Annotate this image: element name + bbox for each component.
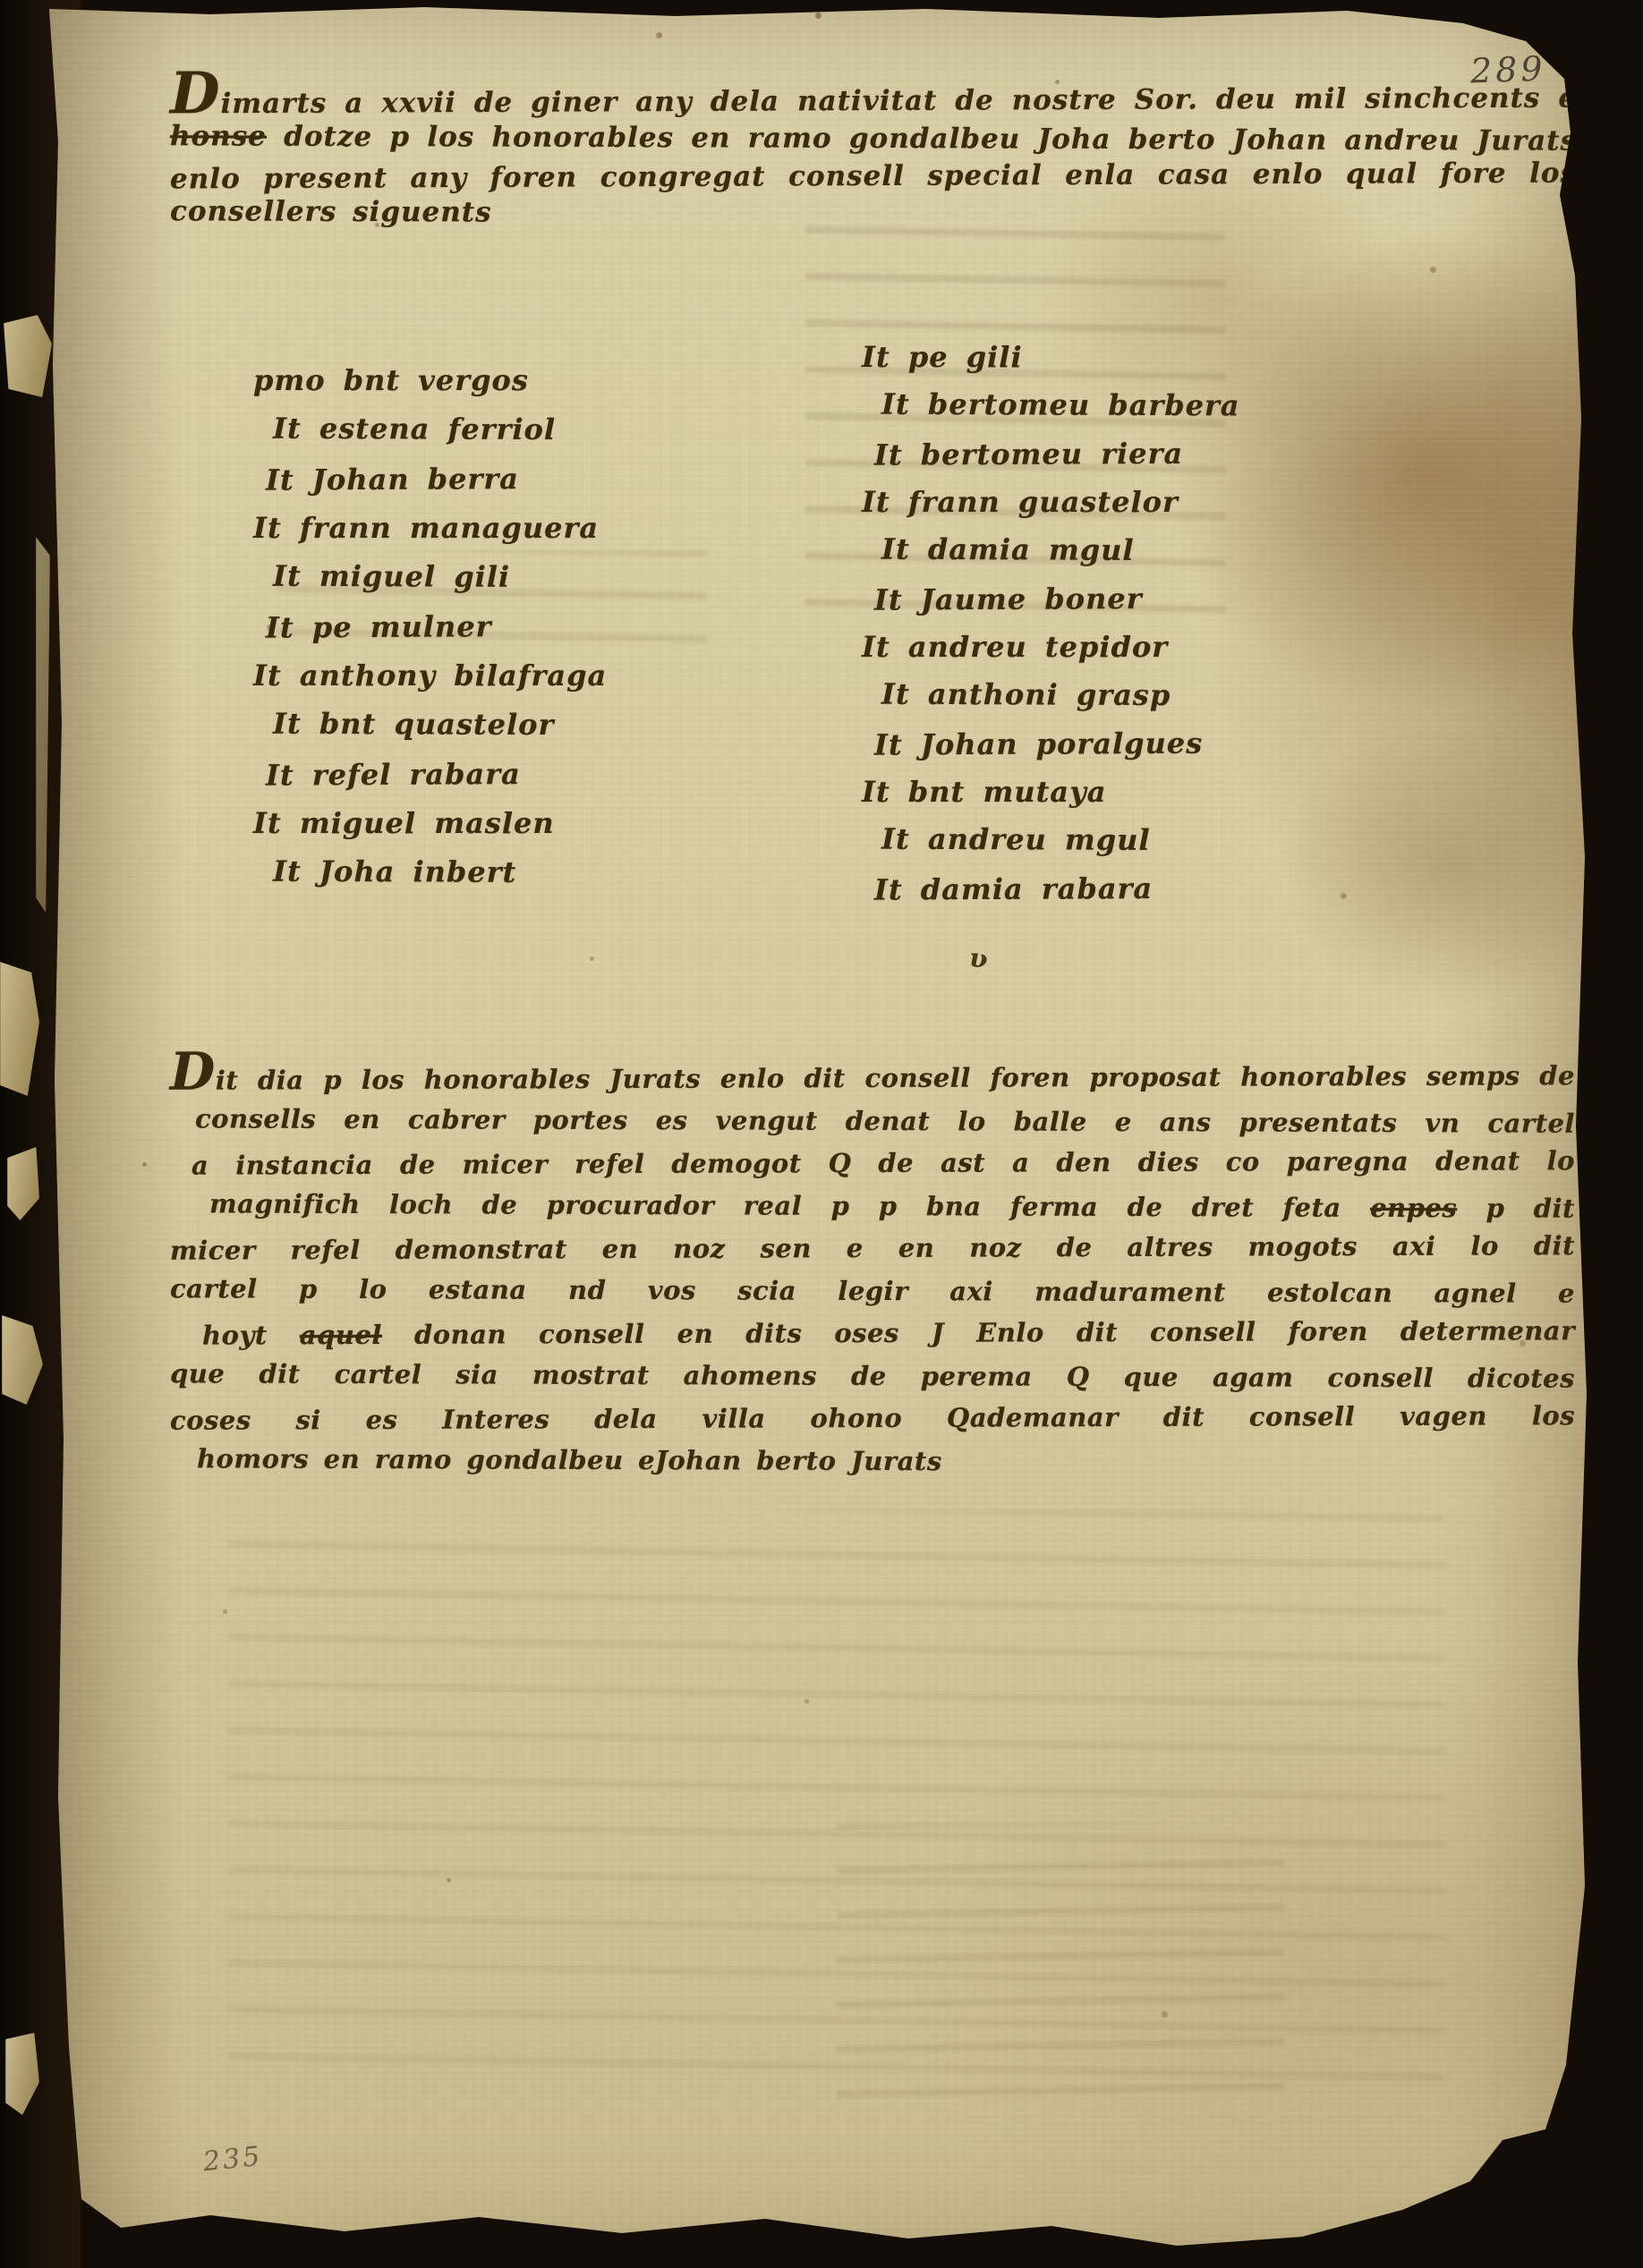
councillor-name: pmo bnt vergos	[253, 363, 808, 412]
list-end-flourish: ʋ	[969, 943, 988, 974]
folio-number-bottom: 235	[201, 2141, 264, 2179]
manuscript-line: micer refel demonstrat en noz sen e en n…	[170, 1225, 1575, 1272]
torn-paper-fragment	[36, 537, 50, 913]
bleedthrough-ghost-text	[228, 1510, 1445, 2092]
opening-paragraph: Dimarts a xxvii de giner any dela nativi…	[170, 75, 1577, 233]
councillor-name: It anthoni grasp	[881, 677, 1434, 728]
manuscript-line: Dit dia p los honorables Jurats enlo dit…	[170, 1053, 1575, 1102]
councillor-name: It miguel maslen	[253, 806, 808, 855]
councillor-name: It Joha inbert	[273, 854, 808, 906]
councillor-name: It Johan poralgues	[874, 725, 1434, 776]
manuscript-line: coses si es Interes dela villa ohono Qad…	[170, 1395, 1575, 1442]
councillor-list-right-column: It pe giliIt bertomeu barberaIt bertomeu…	[862, 340, 1434, 920]
torn-paper-fragment	[7, 1147, 39, 1220]
councillor-name: It refel rabara	[266, 755, 808, 807]
manuscript-line: Dimarts a xxvii de giner any dela nativi…	[170, 72, 1577, 123]
councillor-list-left-column: pmo bnt vergosIt estena ferriolIt Johan …	[253, 363, 808, 905]
councillor-name: It frann managuera	[253, 511, 808, 560]
councillor-name: It estena ferriol	[273, 412, 808, 463]
councillor-name: It Johan berra	[266, 460, 808, 512]
councillor-name: It bnt mutaya	[862, 775, 1434, 823]
councillor-name: It damia rabara	[874, 870, 1434, 921]
councillor-name: It frann guastelor	[862, 485, 1434, 533]
councillor-name: It pe mulner	[266, 607, 808, 659]
resolution-paragraph: Dit dia p los honorables Jurats enlo dit…	[170, 1056, 1575, 1482]
manuscript-line: honse dotze p los honorables en ramo gon…	[170, 117, 1577, 159]
manuscript-line: magnifich loch de procurador real p p bn…	[170, 1183, 1575, 1230]
torn-paper-fragment	[4, 315, 52, 397]
councillor-name: It pe gili	[862, 340, 1434, 388]
torn-paper-fragment	[5, 2033, 39, 2115]
manuscript-line: a instancia de micer refel demogot Q de …	[170, 1140, 1575, 1187]
councillor-name: It bertomeu riera	[874, 435, 1434, 486]
torn-paper-fragment	[0, 962, 39, 1096]
councillor-name: It andreu mgul	[881, 822, 1434, 873]
councillor-name: It anthony bilafraga	[253, 658, 808, 708]
manuscript-line: consellers siguents	[170, 192, 1577, 234]
manuscript-line: enlo present any foren congregat consell…	[170, 155, 1577, 199]
councillor-name: It andreu tepidor	[862, 630, 1434, 678]
manuscript-line: homors en ramo gondalbeu eJohan berto Ju…	[170, 1438, 1575, 1485]
manuscript-line: consells en cabrer portes es vengut dena…	[170, 1098, 1575, 1145]
torn-paper-fragment	[2, 1315, 43, 1405]
manuscript-line: hoyt aquel donan consell en dits oses J …	[170, 1310, 1575, 1357]
councillor-name: It damia mgul	[881, 532, 1434, 583]
councillor-name: It bertomeu barbera	[881, 387, 1434, 438]
manuscript-line: que dit cartel sia mostrat ahomens de pe…	[170, 1353, 1575, 1400]
councillor-name: It bnt quastelor	[273, 707, 808, 759]
bleedthrough-ghost-text	[837, 1823, 1284, 2119]
councillor-name: It Jaume boner	[874, 580, 1434, 631]
councillor-name: It miguel gili	[273, 559, 808, 611]
manuscript-line: cartel p lo estana nd vos scia legir axi…	[170, 1268, 1575, 1315]
manuscript-page: 289 Dimarts a xxvii de giner any dela na…	[49, 7, 1611, 2262]
